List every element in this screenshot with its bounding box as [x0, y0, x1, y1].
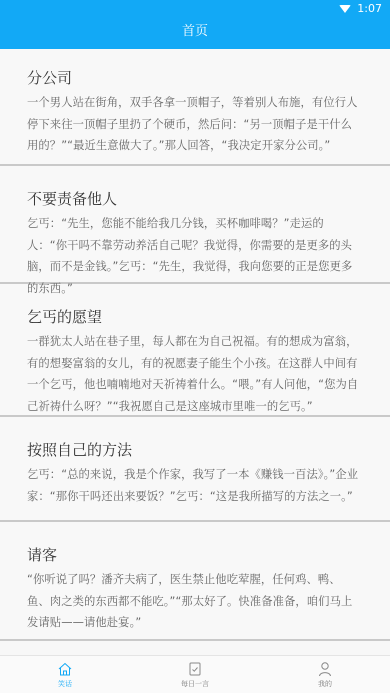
article-body: 一个男人站在街角，双手各拿一顶帽子，等着别人布施，有位行人停下来往一顶帽子里扔了…	[27, 92, 363, 157]
article-title: 按照自己的方法	[27, 439, 363, 461]
article-card[interactable]: 分公司 一个男人站在街角，双手各拿一顶帽子，等着别人布施，有位行人停下来往一顶帽…	[0, 49, 390, 166]
article-title: 请客	[27, 544, 363, 566]
article-card[interactable]: 请客 “你听说了吗？潘齐夫病了，医生禁止他吃荤腥，任何鸡、鸭、鱼、肉之类的东西都…	[0, 522, 390, 641]
article-list[interactable]: 分公司 一个男人站在街角，双手各拿一顶帽子，等着别人布施，有位行人停下来往一顶帽…	[0, 49, 390, 655]
top-app-bar: 1:07 首页	[0, 0, 390, 49]
user-icon	[317, 661, 333, 677]
article-card[interactable]: 不要责备他人 乞丐：“先生，您能不能给我几分钱，买杯咖啡喝？”走运的人：“你干吗…	[0, 166, 390, 284]
tab-jokes[interactable]: 笑话	[0, 661, 130, 689]
tab-label: 我的	[318, 679, 332, 689]
status-time: 1:07	[357, 2, 382, 15]
article-body: 一群犹太人站在巷子里，每人都在为自己祝福。有的想成为富翁，有的想娶富翁的女儿，有…	[27, 331, 363, 417]
status-bar: 1:07	[0, 0, 390, 17]
article-title: 分公司	[27, 67, 363, 89]
article-card[interactable]: 按照自己的方法 乞丐：“总的来说，我是个作家，我写了一本《赚钱一百法》。”企业家…	[0, 417, 390, 522]
home-icon	[57, 661, 73, 677]
checkbox-icon	[187, 661, 203, 677]
wifi-icon	[339, 5, 351, 13]
tab-label: 每日一言	[181, 679, 209, 689]
page-title: 首页	[0, 17, 390, 47]
tab-mine[interactable]: 我的	[260, 661, 390, 689]
app-root: 1:07 首页 分公司 一个男人站在街角，双手各拿一顶帽子，等着别人布施，有位行…	[0, 0, 390, 693]
article-card[interactable]: 乞丐的愿望 一群犹太人站在巷子里，每人都在为自己祝福。有的想成为富翁，有的想娶富…	[0, 284, 390, 417]
tab-daily-quote[interactable]: 每日一言	[130, 661, 260, 689]
article-body: “你听说了吗？潘齐夫病了，医生禁止他吃荤腥，任何鸡、鸭、鱼、肉之类的东西都不能吃…	[27, 569, 363, 634]
article-title: 不要责备他人	[27, 188, 363, 210]
article-body: 乞丐：“总的来说，我是个作家，我写了一本《赚钱一百法》。”企业家：“那你干吗还出…	[27, 464, 363, 507]
tab-label: 笑话	[58, 679, 72, 689]
article-title: 乞丐的愿望	[27, 306, 363, 328]
bottom-tab-bar: 笑话 每日一言 我的	[0, 655, 390, 693]
